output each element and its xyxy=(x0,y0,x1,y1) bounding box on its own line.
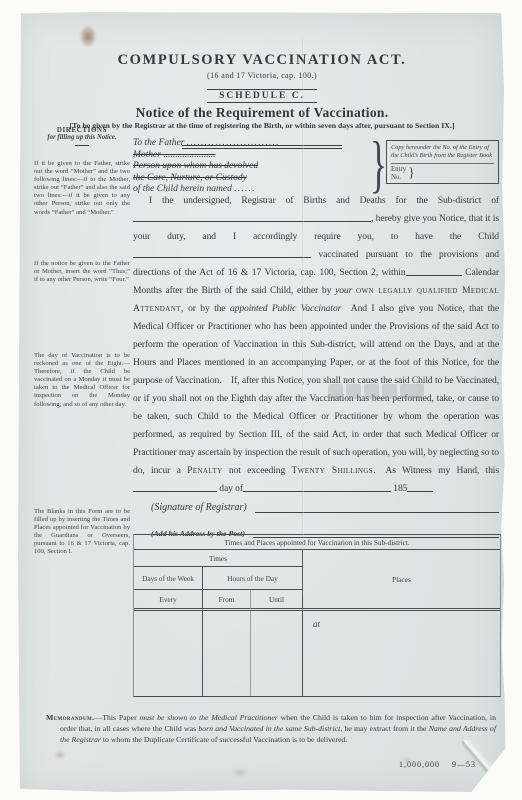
mother-line-struck: Mother ...................... xyxy=(133,150,383,162)
table-header-days: Days of the Week xyxy=(134,567,203,590)
signature-label: (Signature of Registrar) xyxy=(151,502,247,513)
entry-box-note: Copy hereunder the No. of the Entry of t… xyxy=(391,144,494,159)
entry-number-box: Copy hereunder the No. of the Entry of t… xyxy=(386,140,499,184)
father-line: To the Father .......................... xyxy=(133,138,383,150)
document-paper: COMPULSORY VACCINATION ACT. (16 and 17 V… xyxy=(18,12,506,792)
directions-paragraph-4: The Blanks in this Form are to be filled… xyxy=(34,508,130,557)
screenshot-root: { "header": { "title": "COMPULSORY VACCI… xyxy=(0,0,522,800)
directions-paragraph-3: The day of Vaccination is to be reckoned… xyxy=(34,352,130,409)
ink-stain xyxy=(54,750,66,760)
signature-rule xyxy=(255,502,499,513)
table-body-from-cell xyxy=(203,611,251,696)
addressee-block: To the Father ..........................… xyxy=(133,138,383,196)
table-body-days-cell xyxy=(134,611,203,696)
person-line-struck: Person upon whom has devolved xyxy=(133,161,383,173)
directions-paragraph-1: If it be given to the Father, strike out… xyxy=(34,160,130,217)
directions-heading-sub: for filling up this Notice. xyxy=(34,134,130,142)
table-header-times: Times xyxy=(134,550,303,567)
table-header-until: Until xyxy=(251,590,303,611)
entry-number-row: Entry No. } xyxy=(391,163,494,181)
notice-title: Notice of the Requirement of Vaccination… xyxy=(18,105,506,121)
table-header-every: Every xyxy=(134,590,203,611)
addressee-brace: } xyxy=(370,132,387,196)
directions-heading-word: DIRECTIONS xyxy=(34,126,130,134)
table-header-hours: Hours of the Day xyxy=(203,567,303,590)
table-body-places-cell: at xyxy=(303,611,500,696)
signature-line: (Signature of Registrar) xyxy=(151,502,499,513)
stock-photo-watermark xyxy=(328,384,520,399)
schedule-label-wrap: SCHEDULE C. xyxy=(18,85,506,103)
directions-heading: DIRECTIONS for filling up this Notice. xyxy=(34,126,130,146)
statute-citation: (16 and 17 Victoria, cap. 100.) xyxy=(18,71,506,80)
table-header-from: From xyxy=(203,590,251,611)
table-header-places: Places xyxy=(303,550,500,611)
father-dotted-line: .......................... xyxy=(187,138,280,148)
ink-stain xyxy=(232,768,248,777)
folded-corner xyxy=(462,740,508,794)
table-title: Times and Places appointed for Vaccinati… xyxy=(134,535,500,550)
page-title: COMPULSORY VACCINATION ACT. xyxy=(18,52,506,69)
directions-heading-dash xyxy=(75,145,89,146)
vertical-fold-crease xyxy=(302,36,304,596)
table-body-until-cell xyxy=(251,611,303,696)
ink-stain xyxy=(402,756,413,764)
notice-body-paragraph: I the undersigned, Registrar of Births a… xyxy=(133,192,499,498)
directions-paragraph-2: If the notice be given to the Father or … xyxy=(34,260,130,284)
memorandum-paragraph: Memorandum.—This Paper must be shown to … xyxy=(46,712,496,746)
schedule-label: SCHEDULE C. xyxy=(207,89,317,103)
custody-line-struck: the Care, Nurture, or Custody xyxy=(133,173,383,185)
to-father-label: To the Father xyxy=(133,138,184,148)
entry-brace: } xyxy=(408,170,415,178)
entry-no-label: Entry No. xyxy=(391,166,406,181)
ink-stain xyxy=(80,26,96,47)
vaccination-times-table: Times and Places appointed for Vaccinati… xyxy=(133,534,501,697)
